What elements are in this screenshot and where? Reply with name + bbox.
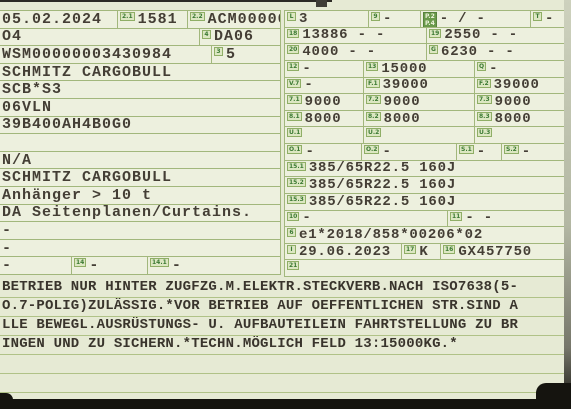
field-value: -	[2, 257, 12, 274]
form-row: Anhänger > 10 t	[0, 187, 280, 205]
field-value: DA06	[214, 29, 254, 46]
field-s-1: S.1-	[457, 144, 502, 160]
field-u-3: U.3	[475, 127, 564, 143]
field-13: 1315000	[364, 61, 475, 77]
scan-edge-bottom	[0, 399, 571, 409]
field-o-1: O.1-	[285, 144, 362, 160]
field-q: Q-	[475, 61, 564, 77]
field-code-label: 21	[287, 261, 299, 270]
field-value: 39000	[383, 78, 429, 94]
form-row: 6e1*2018/858*00206*02	[285, 227, 564, 244]
field-cell: 39B400AH4B0G0	[0, 117, 280, 134]
field-code-label: 15.3	[287, 195, 306, 204]
field-cell: -	[0, 257, 72, 274]
field-code-label: P.2 P.4	[423, 12, 437, 27]
remarks-line: INGEN UND ZU SICHERN.*TECHN.MÖGLICH FELD…	[0, 336, 565, 355]
field-value: 385/65R22.5 160J	[309, 161, 456, 177]
field-11: 11- -	[448, 211, 564, 227]
field-value: -	[382, 144, 391, 160]
field-code-label: 2.2	[190, 12, 205, 21]
form-row: DA Seitenplanen/Curtains.	[0, 205, 280, 223]
field-14: 14-	[72, 257, 148, 274]
field-6: 6e1*2018/858*00206*02	[285, 227, 564, 243]
field-value: ACM00000-	[208, 11, 280, 28]
field-cell: DA Seitenplanen/Curtains.	[0, 205, 280, 222]
field-cell	[0, 134, 280, 151]
field-value: N/A	[2, 152, 32, 169]
field-8-3: 8.38000	[475, 111, 564, 127]
field-cell: SCB*S3	[0, 81, 280, 98]
field-value: WSM00000003430984	[2, 46, 172, 63]
field-code-label: F.1	[366, 79, 380, 88]
field-code-label: 9	[371, 12, 380, 21]
field-code-label: 8.1	[287, 112, 302, 121]
field-value: 3	[299, 11, 308, 27]
field-8-1: 8.18000	[285, 111, 364, 127]
field-l: L3	[285, 11, 369, 27]
form-row: 1813886 - -192550 - -	[285, 28, 564, 45]
field-cell: 06VLN	[0, 99, 280, 116]
field-20: 204000 - -	[285, 44, 427, 60]
remarks-line: BETRIEB NUR HINTER ZUGFZG.M.ELEKTR.STECK…	[0, 279, 565, 298]
field-code-label: S.1	[459, 145, 474, 154]
form-row: -	[0, 222, 280, 240]
field-15-2: 15.2385/65R22.5 160J	[285, 177, 564, 193]
field-code-label: 14	[74, 258, 86, 267]
form-row: SCB*S3	[0, 81, 280, 99]
field-value: GX457750	[458, 244, 532, 260]
field-code-label: 19	[429, 29, 441, 38]
field-value: O4	[2, 29, 22, 46]
field-10: 10-	[285, 211, 448, 227]
field-value: -	[489, 61, 498, 77]
field-cell: Anhänger > 10 t	[0, 187, 280, 204]
field-value: SCHMITZ CARGOBULL	[2, 169, 172, 186]
field-code-label: 7.1	[287, 95, 302, 104]
field-value: -	[2, 222, 12, 239]
field-value: 05.02.2024	[2, 11, 102, 28]
remarks-line: LLE BEWEGL.AUSRÜSTUNGS- U. AUFBAUTEILEIN…	[0, 317, 565, 336]
field-cell: O4	[0, 29, 200, 46]
field-value: Anhänger > 10 t	[2, 187, 152, 204]
field-code-label: 6	[287, 228, 296, 237]
field-value: -	[302, 61, 311, 77]
field-value: DA Seitenplanen/Curtains.	[2, 205, 252, 222]
field-value: 8000	[384, 111, 421, 127]
field-value: 39000	[494, 78, 540, 94]
field-18: 1813886 - -	[285, 28, 427, 44]
field-code-label: 15.1	[287, 162, 306, 171]
field-value: 15000	[381, 61, 427, 77]
field-21: 21	[285, 260, 564, 276]
field-19: 192550 - -	[427, 28, 564, 44]
field-code-label: 7.2	[366, 95, 381, 104]
field-i: I29.06.2023	[285, 244, 402, 260]
field-code-label: O.1	[287, 145, 302, 154]
form-row: L39-P.2 P.4- / -T-	[285, 11, 564, 28]
scan-corner-bottom-right	[536, 383, 571, 409]
form-row: 10-11- -	[285, 211, 564, 228]
scan-fold-mark	[316, 0, 327, 7]
form-row: 21	[285, 260, 564, 277]
field-value: -	[477, 144, 486, 160]
field-value: 39B400AH4B0G0	[2, 117, 132, 134]
remarks-empty-line	[0, 374, 565, 393]
field-value: 5	[226, 46, 236, 63]
form-row: -14-14.1-	[0, 257, 280, 275]
field-code-label: Q	[477, 62, 486, 71]
field-12: 12-	[285, 61, 364, 77]
field-u-2: U.2	[364, 127, 475, 143]
form-row	[0, 134, 280, 152]
form-row: 12-1315000Q-	[285, 61, 564, 78]
form-row: O.1-O.2-S.1-S.2-	[285, 144, 564, 161]
field-code-label: U.1	[287, 128, 302, 137]
field-7-1: 7.19000	[285, 94, 364, 110]
field-cell: N/A	[0, 152, 280, 169]
field-code-label: U.3	[477, 128, 492, 137]
field-code-label: U.2	[366, 128, 381, 137]
field-7-2: 7.29000	[364, 94, 475, 110]
remarks-line: O.7-POLIG)ZULÄSSIG.*VOR BETRIEB AUF OEFF…	[0, 298, 565, 317]
field-value: 6230 - -	[441, 44, 515, 60]
field-code-label: 10	[287, 212, 299, 221]
field-code-label: 8.2	[366, 112, 381, 121]
field-cell: SCHMITZ CARGOBULL	[0, 169, 280, 186]
field-v-7: V.7-	[285, 78, 364, 94]
right-fields-column: L39-P.2 P.4- / -T-1813886 - -192550 - -2…	[284, 10, 565, 277]
field-code-label: 4	[202, 30, 211, 39]
field-value: -	[545, 11, 554, 27]
scan-edge-top	[0, 0, 332, 2]
field-value: 8000	[305, 111, 342, 127]
field-value: -	[383, 11, 392, 27]
field-value: 1581	[138, 11, 178, 28]
field-value: 9000	[384, 94, 421, 110]
field-code-label: L	[287, 12, 296, 21]
field-value: 13886 - -	[302, 28, 385, 44]
field-15-1: 15.1385/65R22.5 160J	[285, 161, 564, 177]
field-2-2: 2.2ACM00000-	[188, 11, 280, 28]
field-16: 16GX457750	[441, 244, 564, 260]
field-4: 4DA06	[200, 29, 280, 46]
field-u-1: U.1	[285, 127, 364, 143]
form-row: 06VLN	[0, 99, 280, 117]
remarks-empty-line	[0, 355, 565, 374]
field-f-2: F.239000	[475, 78, 564, 94]
field-3: 35	[212, 46, 280, 63]
field-14-1: 14.1-	[148, 257, 280, 274]
field-8-2: 8.28000	[364, 111, 475, 127]
field-value: -	[172, 257, 182, 274]
field-code-label: I	[287, 245, 296, 254]
field-value: - -	[465, 211, 493, 227]
field-value: 29.06.2023	[299, 244, 391, 260]
scan-corner-bottom-left	[0, 393, 13, 409]
field-code-label: 16	[443, 245, 455, 254]
field-code-label: 7.3	[477, 95, 492, 104]
field-value: SCHMITZ CARGOBULL	[2, 64, 172, 81]
field-cell: SCHMITZ CARGOBULL	[0, 64, 280, 81]
field-cell: -	[0, 240, 280, 257]
field-code-label: 15.2	[287, 178, 306, 187]
field-value: 2550 - -	[444, 28, 518, 44]
field-15-3: 15.3385/65R22.5 160J	[285, 194, 564, 210]
field-value: 9000	[495, 94, 532, 110]
field-code-label: 11	[450, 212, 462, 221]
form-row: I29.06.202317K16GX457750	[285, 244, 564, 261]
field-2-1: 2.11581	[118, 11, 188, 28]
field-value: 06VLN	[2, 99, 52, 116]
form-row: WSM0000000343098435	[0, 46, 280, 64]
field-code-label: G	[429, 45, 438, 54]
field-code-label: 20	[287, 45, 299, 54]
field-o-2: O.2-	[362, 144, 457, 160]
field-value: 385/65R22.5 160J	[309, 177, 456, 193]
field-t: T-	[531, 11, 564, 27]
field-code-label: S.2	[504, 145, 519, 154]
form-row: 15.2385/65R22.5 160J	[285, 177, 564, 194]
field-value: 385/65R22.5 160J	[309, 194, 456, 210]
field-9: 9-	[369, 11, 421, 27]
field-value: SCB*S3	[2, 81, 62, 98]
form-row: 204000 - -G6230 - -	[285, 44, 564, 61]
form-row: U.1U.2U.3	[285, 127, 564, 144]
field-value: 9000	[305, 94, 342, 110]
form-row: 7.190007.290007.39000	[285, 94, 564, 111]
field-cell: -	[0, 222, 280, 239]
field-code-label: 2.1	[120, 12, 135, 21]
form-row: 39B400AH4B0G0	[0, 117, 280, 135]
remarks-section: BETRIEB NUR HINTER ZUGFZG.M.ELEKTR.STECK…	[0, 279, 565, 393]
field-17: 17K	[402, 244, 441, 260]
field-value: -	[89, 257, 99, 274]
field-value: -	[2, 240, 12, 257]
field-code-label: T	[533, 12, 542, 21]
field-value: -	[305, 144, 314, 160]
field-code-label: 8.3	[477, 112, 492, 121]
form-row: SCHMITZ CARGOBULL	[0, 64, 280, 82]
field-code-label: 12	[287, 62, 299, 71]
field-code-label: 14.1	[150, 258, 169, 267]
field-code-label: O.2	[364, 145, 379, 154]
field-value: -	[302, 211, 311, 227]
form-row: 8.180008.280008.38000	[285, 111, 564, 128]
field-f-1: F.139000	[364, 78, 475, 94]
field-code-label: 17	[404, 245, 416, 254]
scan-edge-right	[564, 0, 571, 409]
field-code-label: V.7	[287, 79, 301, 88]
field-g: G6230 - -	[427, 44, 564, 60]
field-value: 4000 - -	[302, 44, 376, 60]
field-value: K	[419, 244, 428, 260]
field-value: -	[522, 144, 531, 160]
left-fields-column: 05.02.20242.115812.2ACM00000-O44DA06WSM0…	[0, 10, 281, 275]
form-row: 15.1385/65R22.5 160J	[285, 161, 564, 178]
field-cell: WSM00000003430984	[0, 46, 212, 63]
field-code-label: 18	[287, 29, 299, 38]
form-row: O44DA06	[0, 29, 280, 47]
form-row: -	[0, 240, 280, 258]
field-code-label: 3	[214, 47, 223, 56]
field-cell: 05.02.2024	[0, 11, 118, 28]
form-row: N/A	[0, 152, 280, 170]
form-row: V.7-F.139000F.239000	[285, 78, 564, 95]
field-code-label: 13	[366, 62, 378, 71]
form-row: 05.02.20242.115812.2ACM00000-	[0, 11, 280, 29]
field-value: - / -	[440, 11, 486, 27]
registration-document-scan: 05.02.20242.115812.2ACM00000-O44DA06WSM0…	[0, 0, 571, 409]
field-7-3: 7.39000	[475, 94, 564, 110]
field-value: -	[304, 78, 313, 94]
form-row: 15.3385/65R22.5 160J	[285, 194, 564, 211]
field-code-label: F.2	[477, 79, 491, 88]
field-value: e1*2018/858*00206*02	[299, 227, 483, 243]
field-p-2-p-4: P.2 P.4- / -	[421, 11, 531, 27]
field-value: 8000	[495, 111, 532, 127]
field-s-2: S.2-	[502, 144, 564, 160]
form-row: SCHMITZ CARGOBULL	[0, 169, 280, 187]
